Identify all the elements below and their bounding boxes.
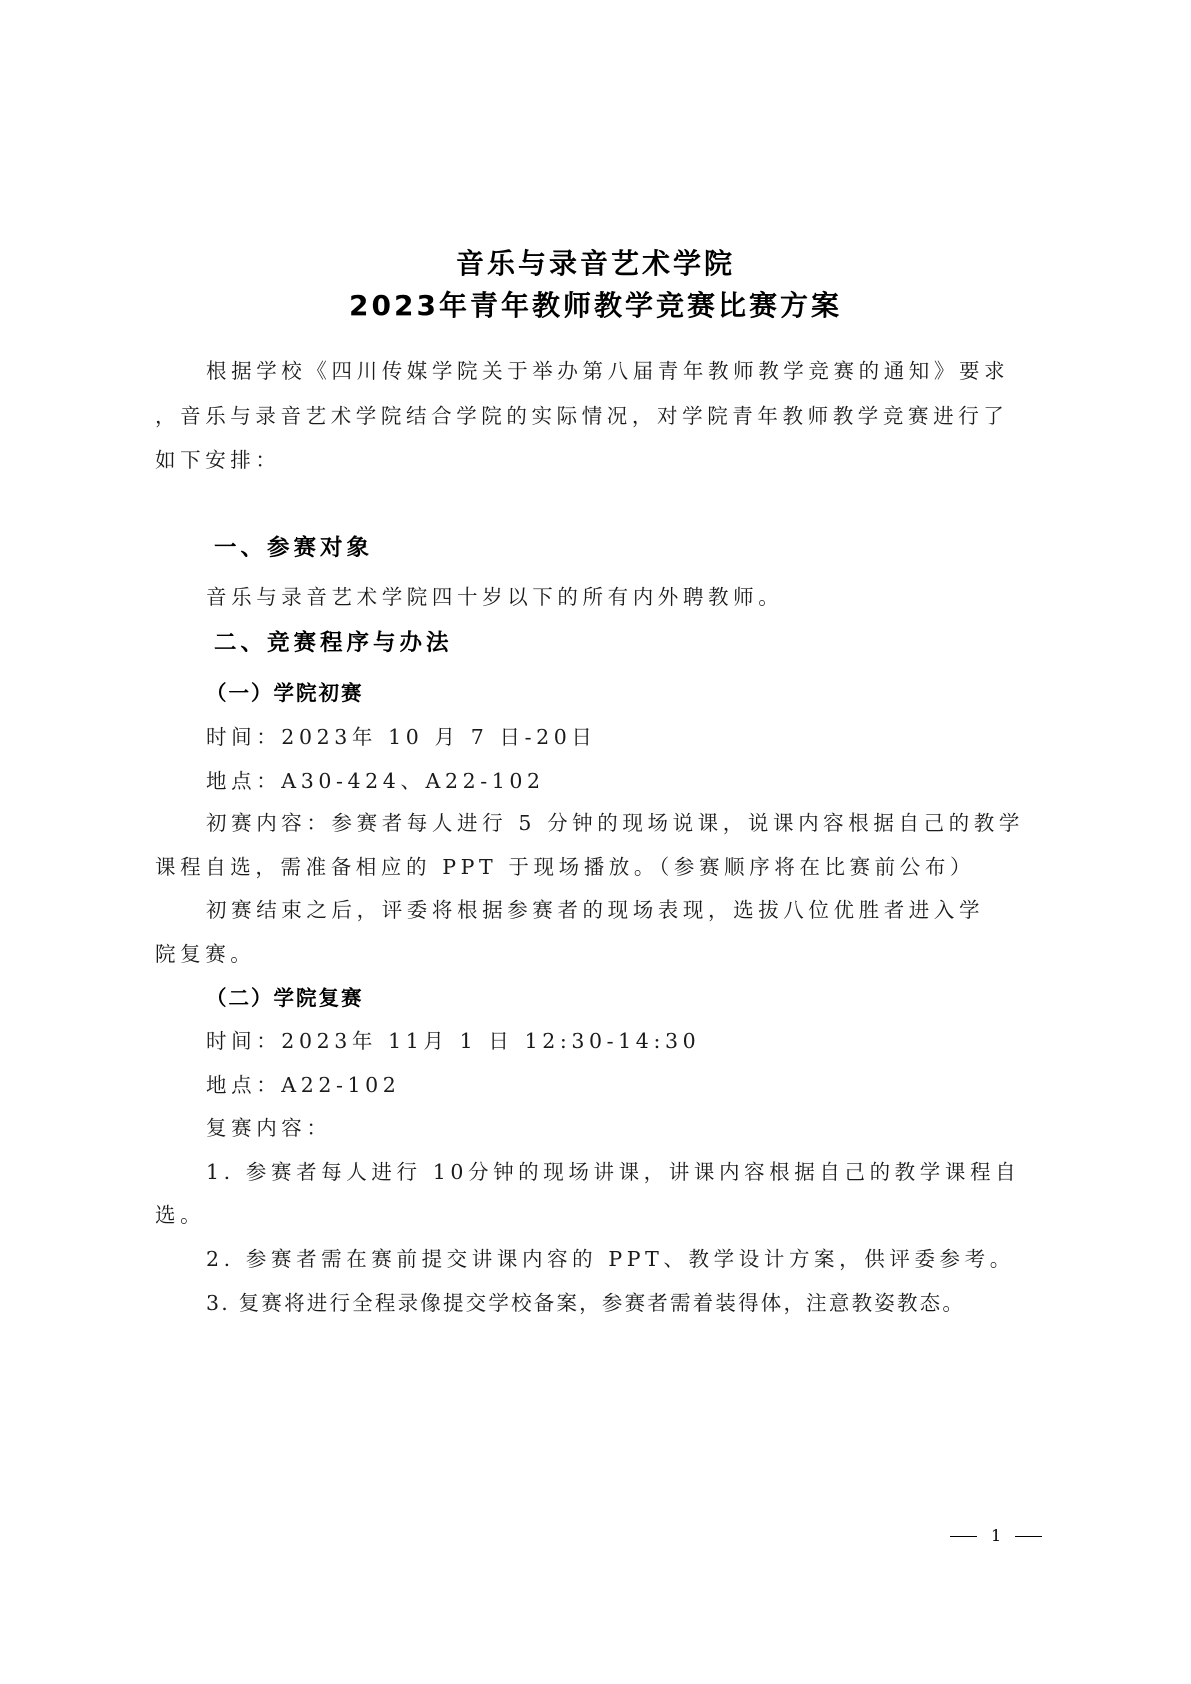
- intro-line-3: 如下安排：: [155, 443, 281, 473]
- page-number-value: 1: [991, 1526, 1001, 1545]
- intro-line-2: ，音乐与录音艺术学院结合学院的实际情况，对学院青年教师教学竞赛进行了: [155, 399, 1008, 429]
- sub1-result-line-2: 院复赛。: [155, 937, 255, 967]
- sub2-location: 地点：A22-102: [206, 1068, 400, 1098]
- sub2-item-2: 2. 参赛者需在赛前提交讲课内容的 PPT、教学设计方案，供评委参考。: [206, 1242, 1015, 1272]
- sub1-result-line-1: 初赛结束之后，评委将根据参赛者的现场表现，选拔八位优胜者进入学: [206, 893, 984, 923]
- page-number: 1: [950, 1526, 1042, 1545]
- sub2-item-1-line-1: 1. 参赛者每人进行 10分钟的现场讲课，讲课内容根据自己的教学课程自: [206, 1155, 1020, 1185]
- sub1-location: 地点：A30-424、A22-102: [206, 764, 545, 794]
- page-number-dash-left: [950, 1536, 977, 1538]
- sub1-content-line-2: 课程自选，需准备相应的 PPT 于现场播放。（参赛顺序将在比赛前公布）: [155, 850, 975, 880]
- section1-body: 音乐与录音艺术学院四十岁以下的所有内外聘教师。: [206, 580, 783, 610]
- sub1-time: 时间：2023年 10 月 7 日-20日: [206, 720, 596, 750]
- subsection2-heading: （二）学院复赛: [206, 981, 364, 1011]
- sub2-item-1-line-2: 选。: [155, 1198, 205, 1228]
- section2-heading: 二、竞赛程序与办法: [214, 625, 453, 657]
- section1-heading: 一、参赛对象: [214, 530, 373, 562]
- intro-line-1: 根据学校《四川传媒学院关于举办第八届青年教师教学竞赛的通知》要求: [206, 354, 1009, 384]
- document-title-line1: 音乐与录音艺术学院: [0, 242, 1191, 282]
- page-number-dash-right: [1015, 1536, 1042, 1538]
- subsection1-heading: （一）学院初赛: [206, 676, 364, 706]
- sub2-content-label: 复赛内容：: [206, 1111, 332, 1141]
- sub2-item-3: 3. 复赛将进行全程录像提交学校备案，参赛者需着装得体，注意教姿教态。: [206, 1286, 965, 1316]
- document-title-line2: 2023年青年教师教学竞赛比赛方案: [0, 284, 1191, 324]
- sub1-content-line-1: 初赛内容：参赛者每人进行 5 分钟的现场说课，说课内容根据自己的教学: [206, 806, 1024, 836]
- document-page: 音乐与录音艺术学院 2023年青年教师教学竞赛比赛方案 根据学校《四川传媒学院关…: [0, 0, 1191, 1684]
- sub2-time: 时间：2023年 11月 1 日 12:30-14:30: [206, 1024, 700, 1054]
